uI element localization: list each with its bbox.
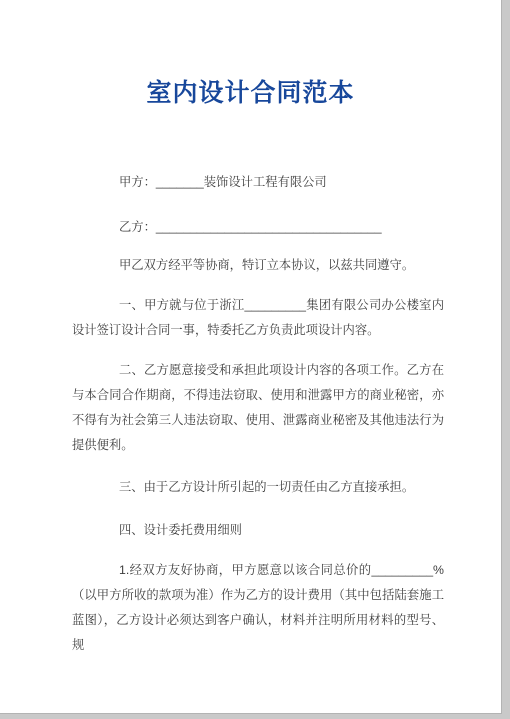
clause-one-line-1: 一、甲方就与位于浙江_________集团有限公司办公楼室内	[72, 293, 444, 318]
clause-two-line-4: 提供便利。	[72, 433, 444, 458]
contract-title: 室内设计合同范本	[0, 0, 501, 108]
document-backdrop: { "colors": { "title_blue": "#17479b", "…	[0, 0, 510, 719]
clause-two-line-2: 与本合同合作期商，不得违法窃取、使用和泄露甲方的商业秘密，亦	[72, 383, 444, 408]
clause-one-line-2: 设计签订设计合同一事，特委托乙方负责此项设计内容。	[72, 318, 444, 343]
party-a-line: 甲方：_______装饰设计工程有限公司	[72, 170, 444, 195]
clause-three-line: 三、由于乙方设计所引起的一切责任由乙方直接承担。	[72, 475, 444, 500]
clause-four-item-one-line-1: 1.经双方友好协商，甲方愿意以该合同总价的_________%	[72, 558, 444, 583]
clause-two-line-3: 不得有为社会第三人违法窃取、使用、泄露商业秘密及其他违法行为	[72, 408, 444, 433]
contract-page: 室内设计合同范本 甲方：_______装饰设计工程有限公司 乙方：_______…	[0, 0, 502, 714]
clause-two-line-1: 二、乙方愿意接受和承担此项设计内容的各项工作。乙方在	[72, 358, 444, 383]
contract-body: 甲方：_______装饰设计工程有限公司 乙方：________________…	[72, 170, 444, 658]
clause-two: 二、乙方愿意接受和承担此项设计内容的各项工作。乙方在 与本合同合作期商，不得违法…	[72, 358, 444, 458]
preamble-line: 甲乙双方经平等协商，特订立本协议，以兹共同遵守。	[72, 253, 444, 278]
clause-four-heading: 四、设计委托费用细则	[72, 518, 444, 543]
clause-one: 一、甲方就与位于浙江_________集团有限公司办公楼室内 设计签订设计合同一…	[72, 293, 444, 343]
clause-four-item-one: 1.经双方友好协商，甲方愿意以该合同总价的_________% （以甲方所收的款…	[72, 558, 444, 658]
clause-four-item-one-line-3: 蓝图），乙方设计必须达到客户确认，材料并注明所用材料的型号、规	[72, 608, 444, 658]
clause-four-item-one-line-2: （以甲方所收的款项为准）作为乙方的设计费用（其中包括陆套施工	[72, 583, 444, 608]
party-b-line: 乙方：_________________________________	[72, 215, 444, 240]
